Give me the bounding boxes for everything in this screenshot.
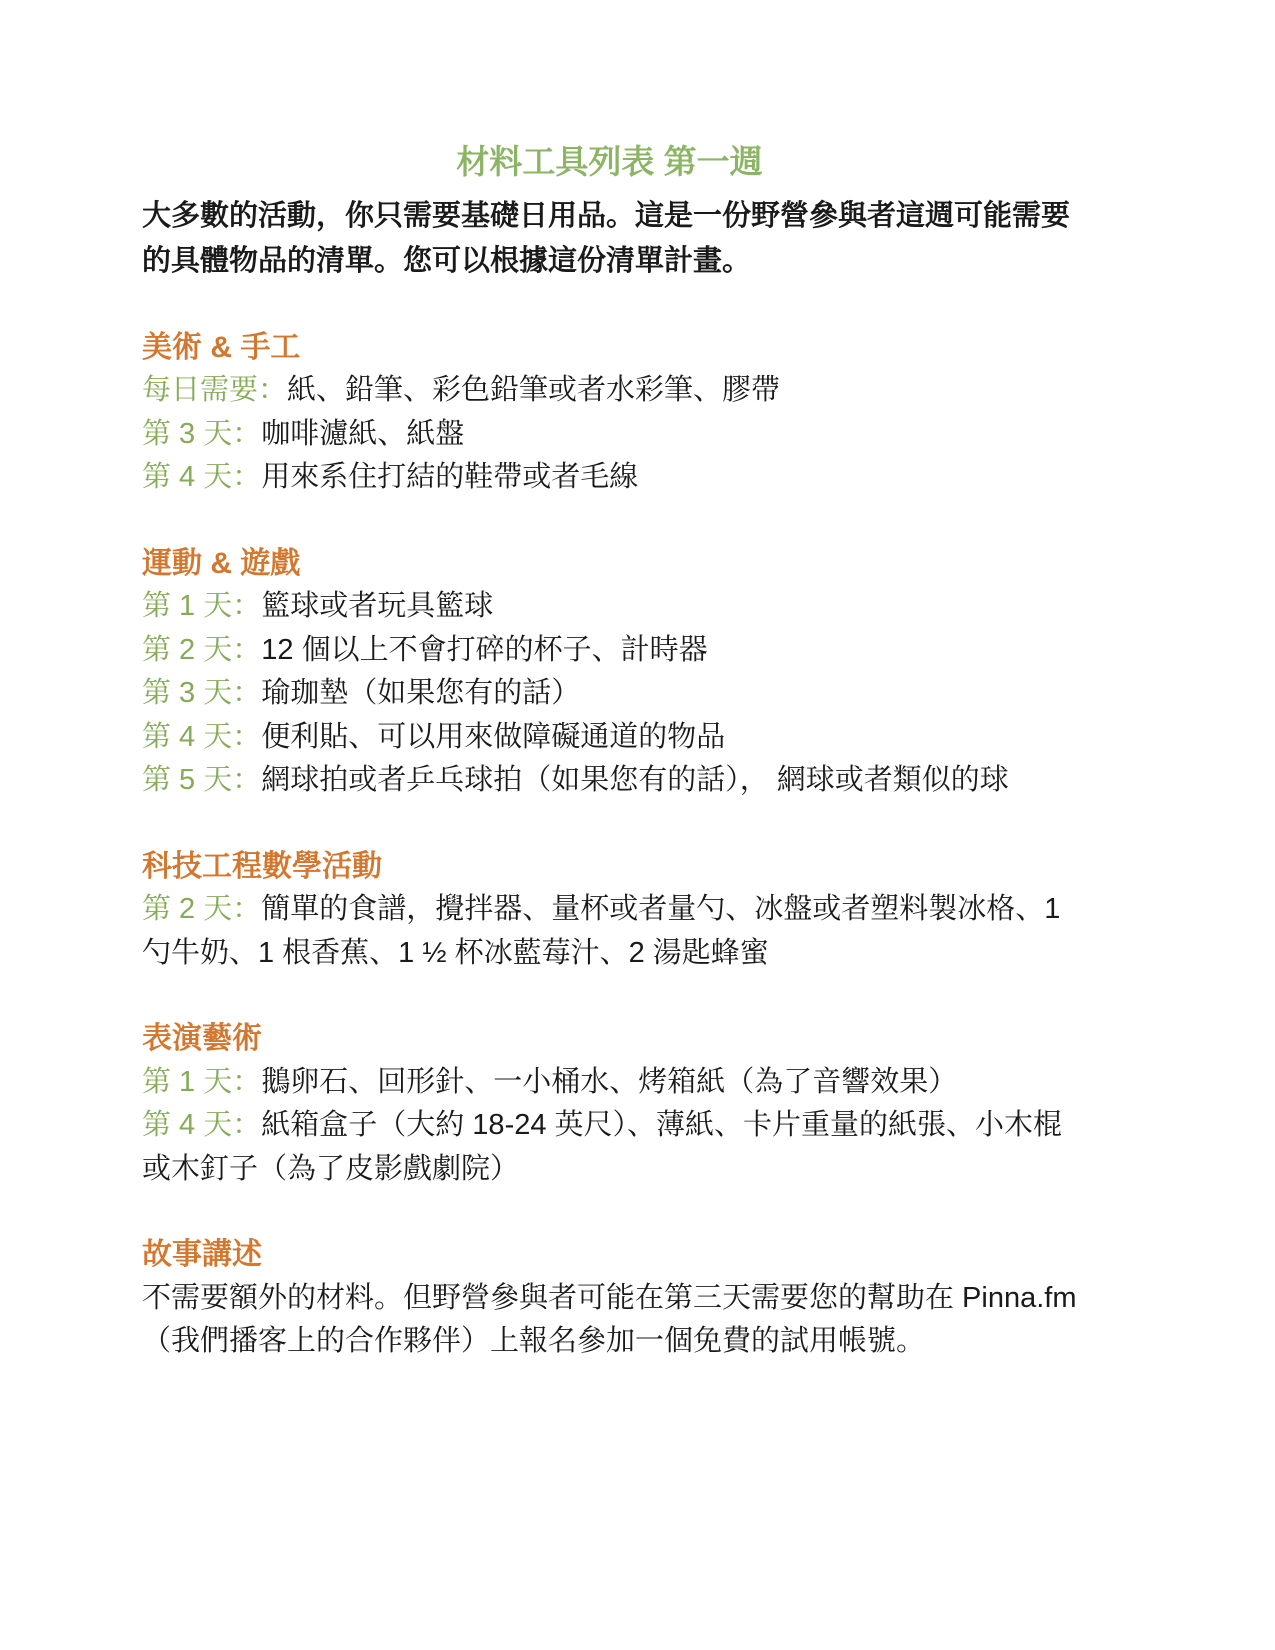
item-text: 便利貼、可以用來做障礙通道的物品: [261, 721, 725, 753]
intro-paragraph: 大多數的活動，你只需要基礎日用品。這是一份野營參與者這週可能需要的具體物品的清單…: [142, 194, 1077, 284]
document-page: 材料工具列表 第一週 大多數的活動，你只需要基礎日用品。這是一份野營參與者這週可…: [142, 138, 1077, 1364]
item-day-label: 第 4 天：: [142, 1109, 261, 1141]
list-item: 第 3 天：瑜珈墊（如果您有的話）: [142, 672, 1077, 716]
item-day-label: 第 4 天：: [142, 721, 261, 753]
list-item: 第 2 天：簡單的食譜，攪拌器、量杯或者量勺、冰盤或者塑料製冰格、1 勺牛奶、1…: [142, 888, 1077, 975]
section: 故事講述不需要額外的材料。但野營參與者可能在第三天需要您的幫助在 Pinna.f…: [142, 1233, 1077, 1364]
sections-container: 美術 & 手工每日需要：紙、鉛筆、彩色鉛筆或者水彩筆、膠帶第 3 天：咖啡濾紙、…: [142, 326, 1077, 1364]
list-item: 不需要額外的材料。但野營參與者可能在第三天需要您的幫助在 Pinna.fm （我…: [142, 1277, 1077, 1364]
item-text: 紙、鉛筆、彩色鉛筆或者水彩筆、膠帶: [287, 374, 780, 406]
list-item: 第 1 天：鵝卵石、回形針、一小桶水、烤箱紙（為了音響效果）: [142, 1061, 1077, 1105]
item-day-label: 第 1 天：: [142, 590, 261, 622]
section: 表演藝術第 1 天：鵝卵石、回形針、一小桶水、烤箱紙（為了音響效果）第 4 天：…: [142, 1017, 1077, 1191]
item-text: 籃球或者玩具籃球: [261, 590, 493, 622]
list-item: 每日需要：紙、鉛筆、彩色鉛筆或者水彩筆、膠帶: [142, 369, 1077, 413]
item-day-label: 第 2 天：: [142, 893, 261, 925]
list-item: 第 2 天：12 個以上不會打碎的杯子、計時器: [142, 629, 1077, 673]
list-item: 第 5 天：網球拍或者乒乓球拍（如果您有的話）， 網球或者類似的球: [142, 759, 1077, 803]
item-text: 不需要額外的材料。但野營參與者可能在第三天需要您的幫助在 Pinna.fm （我…: [142, 1282, 1077, 1358]
item-day-label: 第 4 天：: [142, 461, 261, 493]
list-item: 第 4 天：便利貼、可以用來做障礙通道的物品: [142, 716, 1077, 760]
section: 運動 & 遊戲第 1 天：籃球或者玩具籃球第 2 天：12 個以上不會打碎的杯子…: [142, 542, 1077, 803]
item-day-label: 第 3 天：: [142, 418, 261, 450]
section-heading: 美術 & 手工: [142, 326, 1077, 370]
item-text: 瑜珈墊（如果您有的話）: [261, 677, 580, 709]
item-text: 鵝卵石、回形針、一小桶水、烤箱紙（為了音響效果）: [261, 1066, 957, 1098]
list-item: 第 4 天：用來系住打結的鞋帶或者毛線: [142, 456, 1077, 500]
section-heading: 運動 & 遊戲: [142, 542, 1077, 586]
section-heading: 表演藝術: [142, 1017, 1077, 1061]
section-heading: 科技工程數學活動: [142, 845, 1077, 889]
list-item: 第 3 天：咖啡濾紙、紙盤: [142, 413, 1077, 457]
item-day-label: 第 2 天：: [142, 634, 261, 666]
list-item: 第 4 天：紙箱盒子（大約 18-24 英尺）、薄紙、卡片重量的紙張、小木棍或木…: [142, 1104, 1077, 1191]
item-text: 咖啡濾紙、紙盤: [261, 418, 464, 450]
section: 科技工程數學活動第 2 天：簡單的食譜，攪拌器、量杯或者量勺、冰盤或者塑料製冰格…: [142, 845, 1077, 976]
item-text: 用來系住打結的鞋帶或者毛線: [261, 461, 638, 493]
section-heading: 故事講述: [142, 1233, 1077, 1277]
item-text: 簡單的食譜，攪拌器、量杯或者量勺、冰盤或者塑料製冰格、1 勺牛奶、1 根香蕉、1…: [142, 893, 1060, 969]
item-text: 紙箱盒子（大約 18-24 英尺）、薄紙、卡片重量的紙張、小木棍或木釘子（為了皮…: [142, 1109, 1062, 1185]
item-day-label: 第 1 天：: [142, 1066, 261, 1098]
section: 美術 & 手工每日需要：紙、鉛筆、彩色鉛筆或者水彩筆、膠帶第 3 天：咖啡濾紙、…: [142, 326, 1077, 500]
item-day-label: 第 3 天：: [142, 677, 261, 709]
item-text: 網球拍或者乒乓球拍（如果您有的話）， 網球或者類似的球: [261, 764, 1009, 796]
item-day-label: 每日需要：: [142, 374, 287, 406]
page-title: 材料工具列表 第一週: [142, 138, 1077, 186]
list-item: 第 1 天：籃球或者玩具籃球: [142, 585, 1077, 629]
item-day-label: 第 5 天：: [142, 764, 261, 796]
item-text: 12 個以上不會打碎的杯子、計時器: [261, 634, 707, 666]
